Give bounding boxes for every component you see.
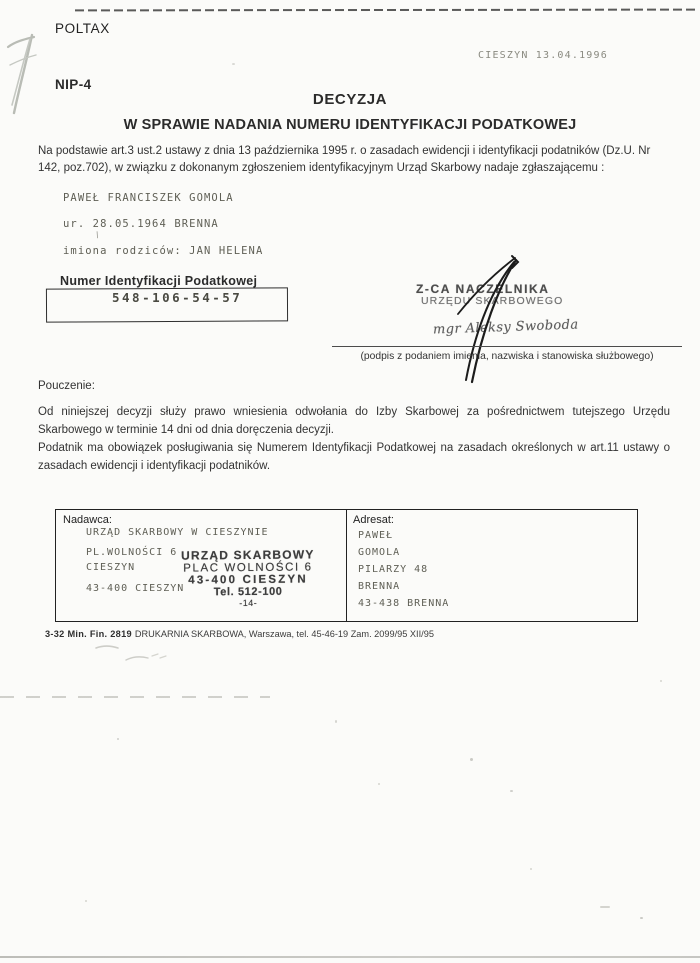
recipient-label: Adresat:	[353, 514, 394, 526]
sender-label: Nadawca:	[63, 514, 112, 526]
nip-number: 548-106-54-57	[112, 290, 242, 305]
sender-line: URZĄD SKARBOWY W CIESZYNIE	[86, 527, 269, 538]
poltax-label: POLTAX	[55, 21, 110, 36]
pencil-mark-icon	[2, 25, 44, 125]
scan-speck	[510, 790, 513, 792]
nip-label: Numer Identyfikacji Podatkowej	[60, 274, 257, 288]
pouczenie-paragraph-1: Od niniejszej decyzji służy prawo wniesi…	[38, 404, 670, 439]
scan-speck	[232, 63, 235, 65]
recipient-line: PAWEŁ	[358, 530, 393, 541]
pouczenie-label: Pouczenie:	[38, 380, 95, 392]
taxpayer-birth: ur. 28.05.1964 BRENNA	[63, 218, 219, 230]
scan-speck	[640, 917, 643, 919]
scanned-document-page: POLTAX CIESZYN 13.04.1996 NIP-4 DECYZJA …	[0, 0, 700, 963]
footer-print-info: DRUKARNIA SKARBOWA, Warszawa, tel. 45-46…	[135, 629, 434, 639]
faint-dashed-line	[0, 696, 270, 698]
form-code-label: NIP-4	[55, 77, 92, 92]
address-box: Nadawca: URZĄD SKARBOWY W CIESZYNIE PL.W…	[55, 509, 638, 622]
signature-rule	[332, 346, 682, 347]
recipient-line: GOMOLA	[358, 547, 400, 558]
pencil-scribble-icon	[92, 640, 172, 670]
signature-caption: (podpis z podaniem imienia, nazwiska i s…	[332, 351, 682, 362]
recipient-line: PILARZY 48	[358, 564, 428, 575]
scan-speck	[660, 680, 662, 682]
top-dashed-line	[75, 9, 695, 12]
sender-line: PL.WOLNOŚCI 6	[86, 547, 177, 558]
document-title: DECYZJA	[0, 91, 700, 108]
document-subtitle: W SPRAWIE NADANIA NUMERU IDENTYFIKACJI P…	[0, 117, 700, 133]
page-bottom-edge	[0, 956, 700, 958]
office-stamp-line: 43-400 CIESZYN	[168, 573, 328, 586]
scan-speck	[85, 900, 87, 902]
stray-tick-mark: \	[95, 230, 100, 240]
scan-speck	[335, 720, 337, 723]
taxpayer-parents: imiona rodziców: JAN HELENA	[63, 245, 263, 257]
sender-line: CIESZYN	[86, 562, 135, 573]
date-stamp: CIESZYN 13.04.1996	[478, 50, 608, 61]
intro-paragraph: Na podstawie art.3 ust.2 ustawy z dnia 1…	[38, 143, 670, 176]
pouczenie-paragraph-2: Podatnik ma obowiązek posługiwania się N…	[38, 440, 670, 475]
office-address-stamp: URZĄD SKARBOWY PLAC WOLNOŚCI 6 43-400 CI…	[168, 547, 329, 608]
office-stamp-line: -14-	[168, 597, 328, 608]
office-stamp-line: URZĄD SKARBOWY	[168, 547, 328, 562]
recipient-line: BRENNA	[358, 581, 400, 592]
form-footer: 3-32 Min. Fin. 2819DRUKARNIA SKARBOWA, W…	[45, 629, 434, 639]
scan-speck	[470, 758, 473, 761]
scan-speck	[530, 868, 532, 870]
address-box-divider	[346, 510, 347, 621]
scan-speck	[378, 783, 380, 785]
recipient-line: 43-438 BRENNA	[358, 598, 449, 609]
taxpayer-name: PAWEŁ FRANCISZEK GOMOLA	[63, 192, 234, 204]
scan-speck	[117, 738, 119, 740]
scan-speck	[600, 906, 610, 908]
handwritten-signature-icon	[428, 250, 540, 388]
footer-form-number: 3-32 Min. Fin. 2819	[45, 629, 132, 639]
